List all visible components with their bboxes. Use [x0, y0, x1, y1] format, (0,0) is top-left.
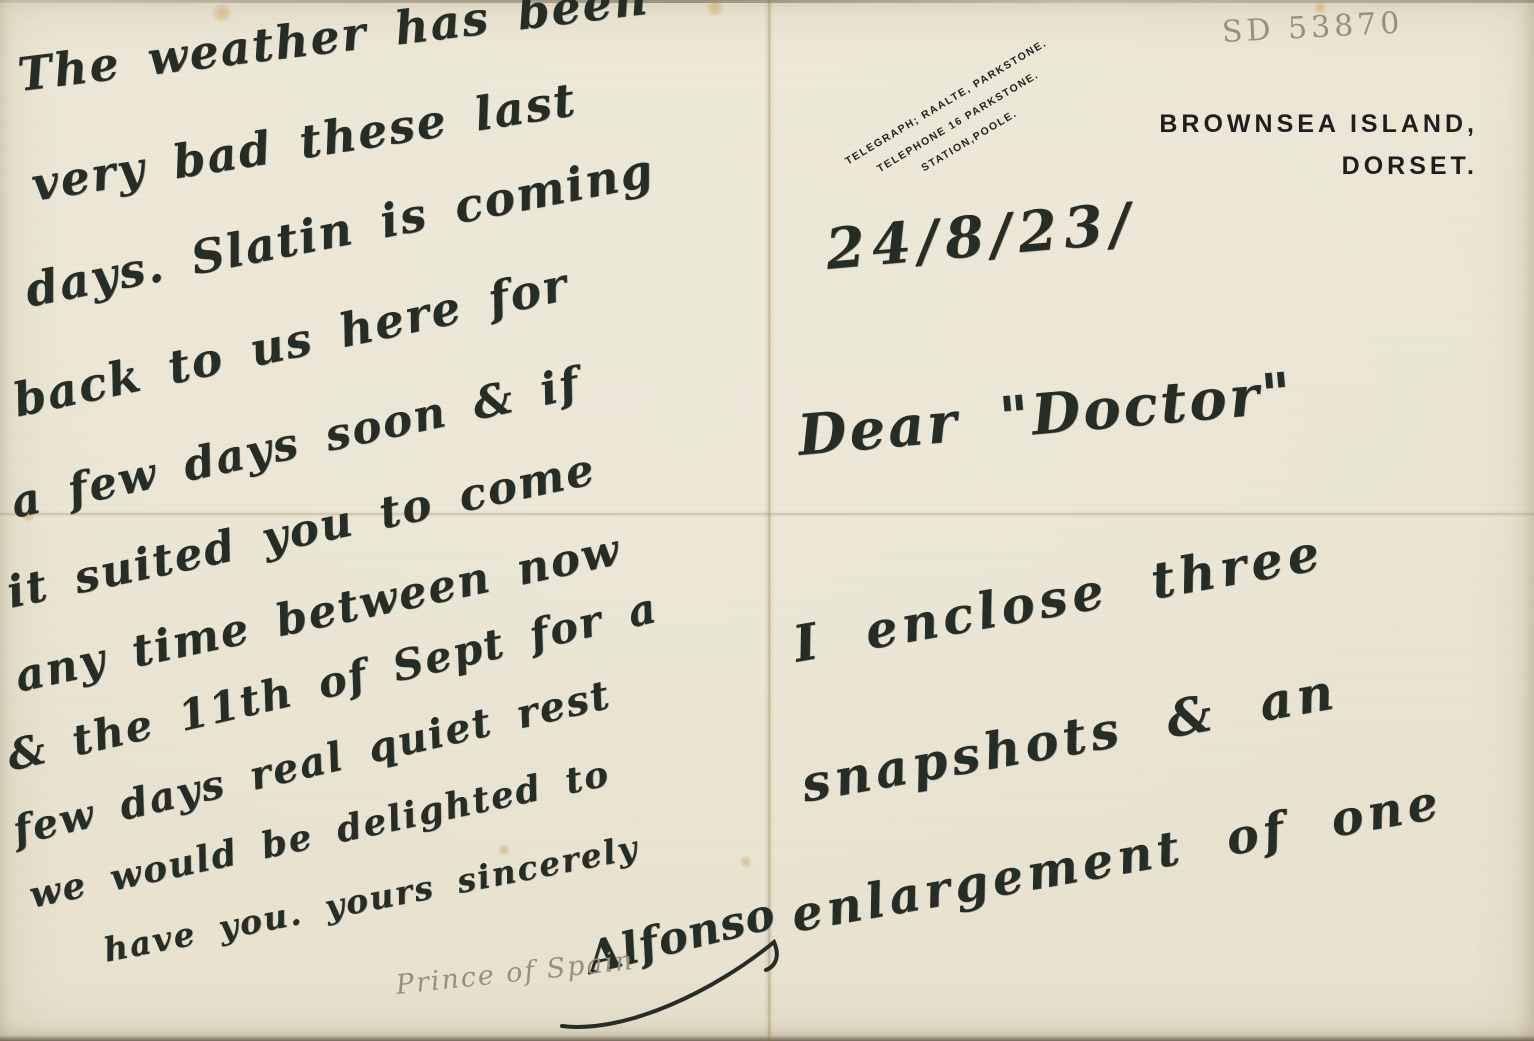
letterhead-county: DORSET.: [1342, 154, 1478, 179]
horizontal-fold-crease: [0, 511, 1534, 517]
scanned-letter: The weather has been very bad these last…: [0, 0, 1534, 1041]
paper-stain: [706, 0, 724, 16]
letterhead-place: BROWNSEA ISLAND,: [1159, 112, 1478, 137]
handwritten-line: enlargement of one: [788, 778, 1446, 940]
catalog-number: SD 53870: [1221, 9, 1404, 48]
paper-stain: [740, 856, 752, 868]
handwritten-line: snapshots & an: [798, 666, 1342, 810]
handwritten-line: I enclose three: [790, 527, 1328, 670]
center-fold-crease: [764, 0, 774, 1041]
salutation: Dear "Doctor": [796, 365, 1297, 464]
letterhead-telephone: TELEPHONE 16 PARKSTONE.: [841, 45, 1075, 198]
letterhead-contact-block: TELEGRAPH; RAALTE, PARKSTONE. TELEPHONE …: [829, 26, 1087, 218]
paper-stain: [212, 4, 232, 22]
